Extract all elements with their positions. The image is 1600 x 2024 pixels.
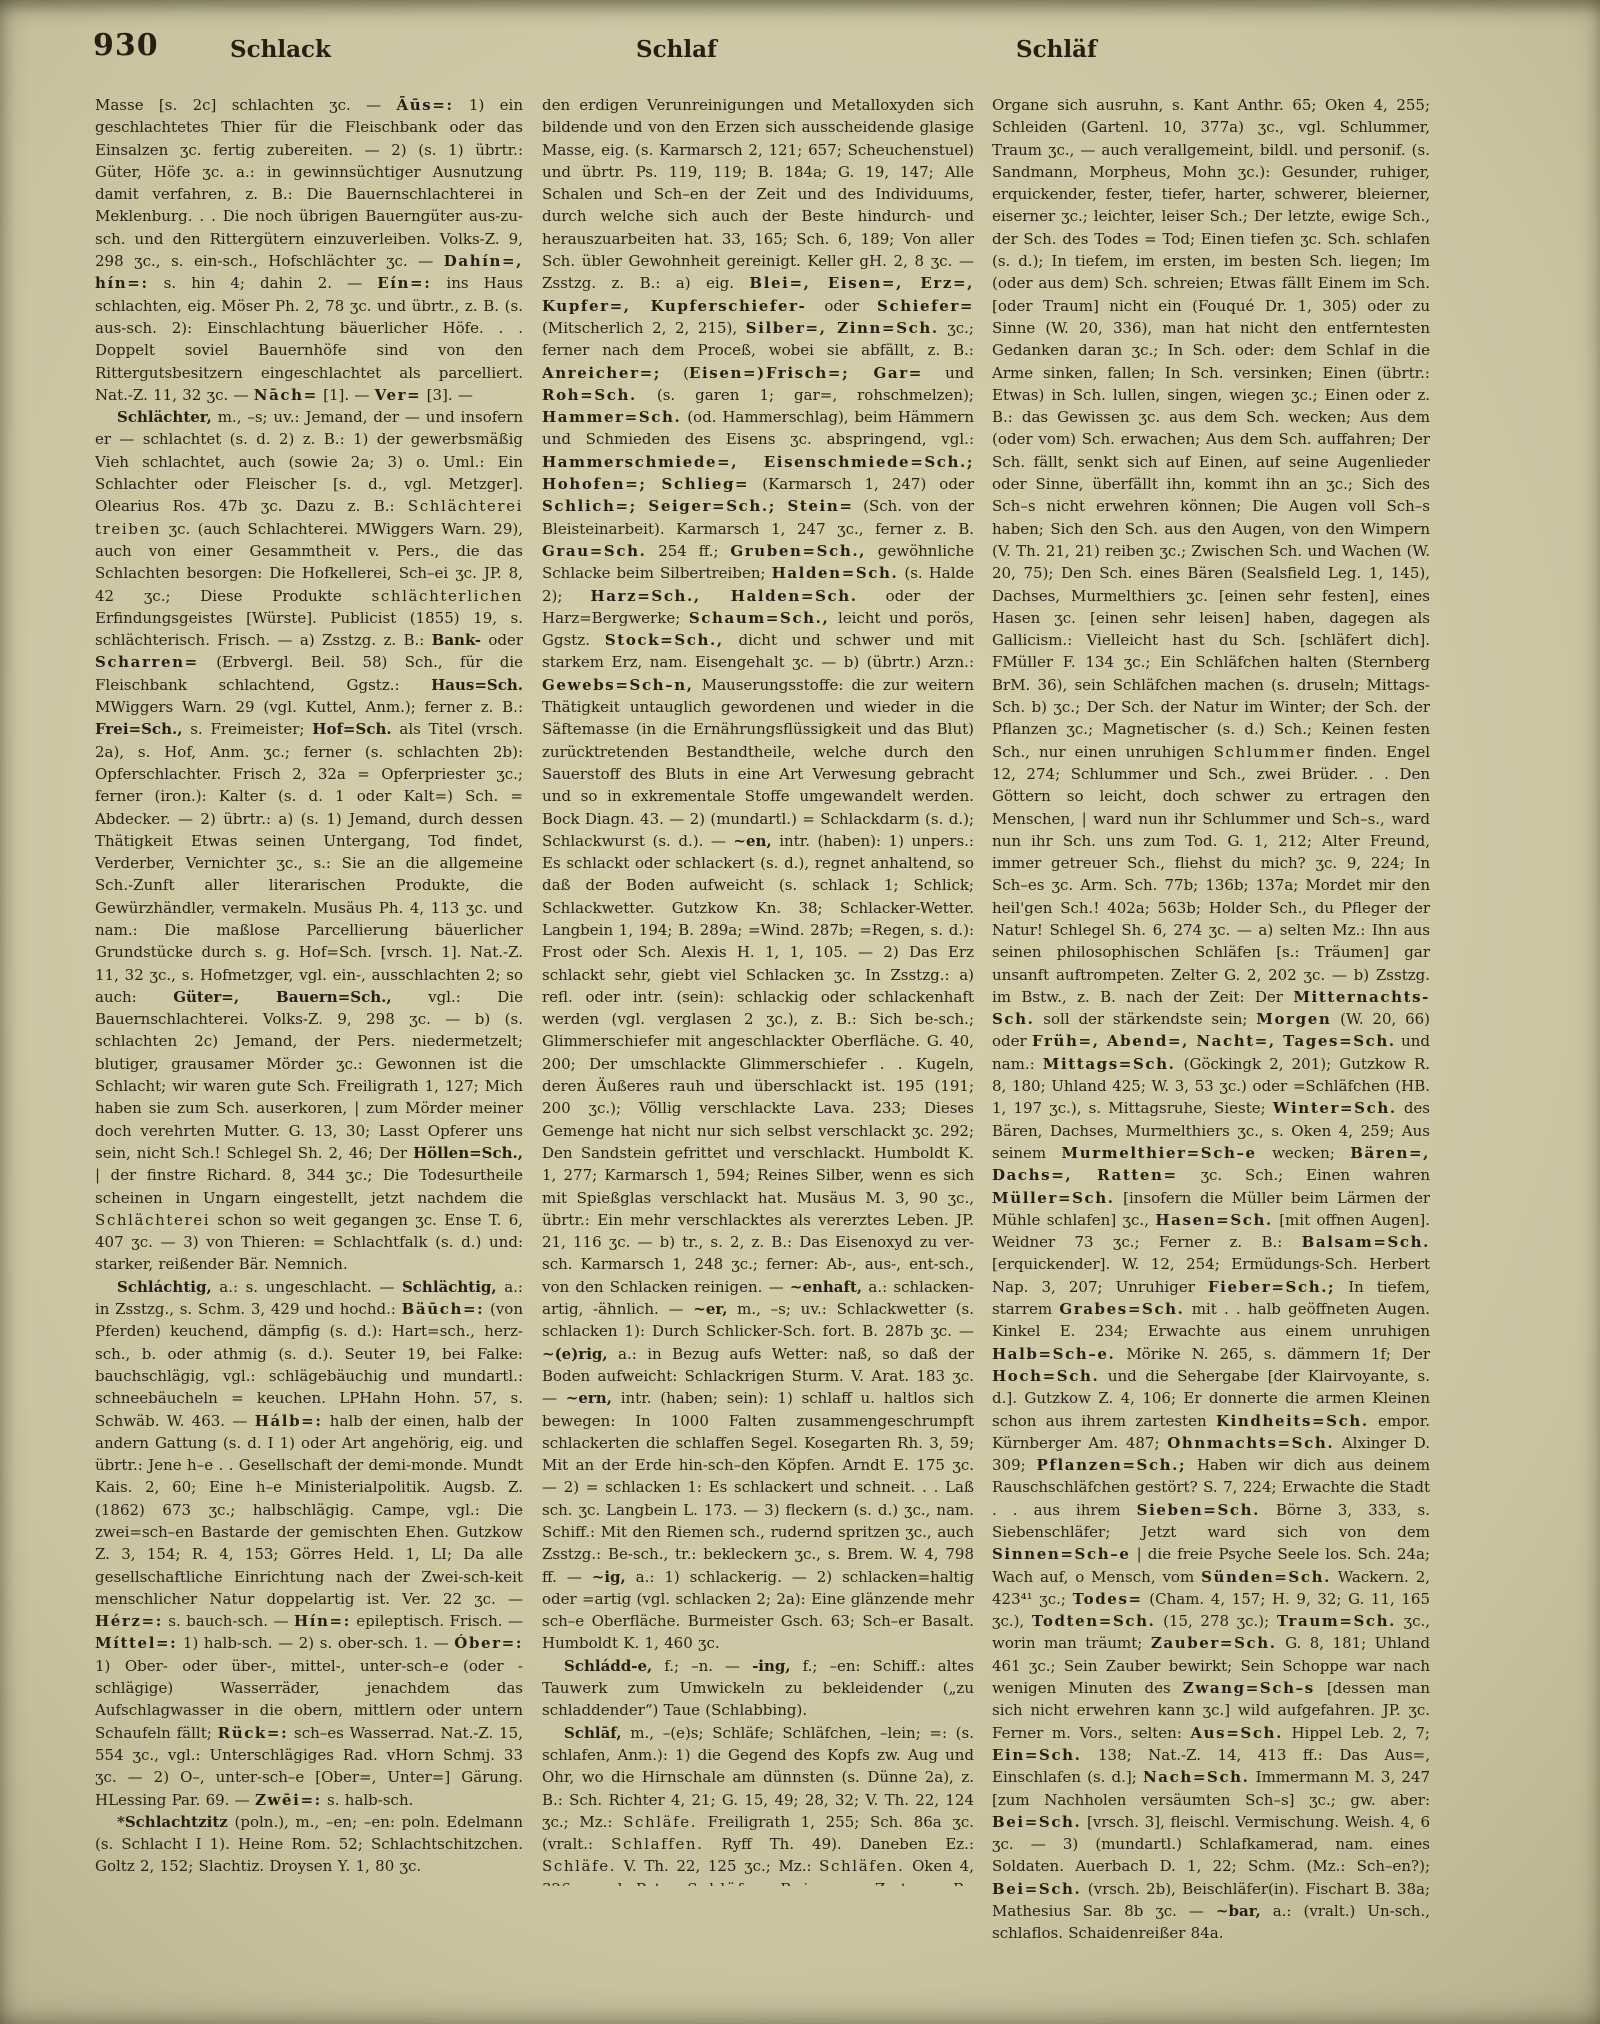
entry-text: (von Pferden) keuchend, dämpfig (s. d.):… xyxy=(95,1300,523,1429)
entry-headword: Zwēi=: xyxy=(255,1791,322,1809)
dictionary-paragraph: Schládd-e, f.; –n. — -ing, f.; –en: Schi… xyxy=(542,1655,974,1722)
entry-text: [3]. — xyxy=(421,386,473,404)
entry-headword: Hérz=: xyxy=(95,1612,163,1630)
entry-headword: Hálb=: xyxy=(255,1412,323,1430)
entry-text: s. halb-sch. xyxy=(322,1791,414,1809)
entry-headword: Bäūch=: xyxy=(402,1300,485,1318)
entry-headword: Zwang=Sch–s xyxy=(1183,1679,1315,1697)
entry-headword: Morgen xyxy=(1256,1010,1331,1028)
entry-headword: Bei=Sch. xyxy=(992,1880,1081,1898)
entry-text: Masse [s. 2c] schlachten ʒc. — xyxy=(95,96,396,114)
entry-text: V. Th. 22, 125 ʒc.; Mz.: xyxy=(616,1857,819,1875)
entry-headword: Bank- xyxy=(432,631,481,649)
entry-headword: Früh=, Abend=, Nacht=, Tages=Sch. xyxy=(1032,1032,1396,1050)
running-head-column-2: Schlaf xyxy=(636,36,717,63)
entry-headword: Murmelthier=Sch–e xyxy=(1062,1144,1257,1162)
entry-headword: ~bar, xyxy=(1216,1902,1261,1920)
entry-text: intr. (haben; sein): 1) schlaff u. haltl… xyxy=(542,1389,974,1585)
entry-headword: Pflanzen=Sch.; xyxy=(1037,1456,1187,1474)
entry-headword: Hammer=Sch. xyxy=(542,408,681,426)
entry-headword: Güter=, Bauern=Sch., xyxy=(173,988,391,1006)
entry-headword: Ver= xyxy=(375,386,422,404)
entry-headword: ~enhaft, xyxy=(790,1278,862,1296)
dictionary-paragraph: Organe sich ausruhn, s. Kant Anthr. 65; … xyxy=(992,94,1430,1944)
entry-text: [1]. — xyxy=(318,386,375,404)
entry-text: s. bauch-sch. — xyxy=(163,1612,294,1630)
entry-text: s. hin 4; dahin 2. — xyxy=(149,274,378,292)
entry-headword: Nāch= xyxy=(254,386,318,404)
entry-headword: Silber=, Zinn=Sch. xyxy=(746,319,939,337)
entry-headword: Schlächtig, xyxy=(402,1278,497,1296)
dictionary-paragraph: Masse [s. 2c] schlachten ʒc. — Āūs=: 1) … xyxy=(95,94,523,406)
entry-text: soll der stärkendste sein; xyxy=(1035,1010,1257,1028)
entry-headword: Stock=Sch., xyxy=(605,631,724,649)
running-head-column-3: Schläf xyxy=(1016,36,1097,63)
entry-headword: Ohnmachts=Sch. xyxy=(1167,1434,1334,1452)
entry-headword: Schlich=; Seiger=Sch.; Stein= xyxy=(542,497,854,515)
entry-text: Schläfe. xyxy=(542,1857,616,1875)
entry-text: den erdigen Verunreinigungen und Metallo… xyxy=(542,96,974,292)
entry-headword: Todten=Sch. xyxy=(1032,1612,1156,1630)
entry-headword: Schlächter, xyxy=(117,408,212,426)
entry-headword: Roh=Sch. xyxy=(542,386,637,404)
entry-headword: Halb=Sch–e. xyxy=(992,1345,1115,1363)
entry-text: als Titel (vrsch. 2a), s. Hof, Anm. ʒc.;… xyxy=(95,720,523,1006)
entry-headword: Āūs=: xyxy=(396,96,453,114)
entry-text: Schläfen=Bein xyxy=(687,1880,821,1886)
entry-headword: Scharren= xyxy=(95,653,199,671)
entry-text: 1) ein geschlachtetes Thier für die Flei… xyxy=(95,96,523,270)
entry-text: finden. Engel 12, 274; Schlummer und Sch… xyxy=(992,743,1430,1006)
entry-headword: Schaum=Sch., xyxy=(689,609,829,627)
entry-text: intr. (haben): 1) unpers.: Es schlackt o… xyxy=(542,832,974,1296)
entry-headword: Harz=Sch., Halden=Sch. xyxy=(591,587,858,605)
running-head-column-1: Schlack xyxy=(230,36,331,63)
entry-headword: Schlāf, xyxy=(564,1724,622,1742)
entry-text: Hippel Leb. 2, 7; xyxy=(1283,1724,1430,1742)
entry-text: Mauserungsstoffe: die zur weitern Thätig… xyxy=(542,676,974,850)
entry-headword: Míttel=: xyxy=(95,1634,177,1652)
entry-text: ins Haus schlachten, eig. Möser Ph. 2, 7… xyxy=(95,274,523,403)
entry-text: | der finstre Richard. 8, 344 ʒc.; Die T… xyxy=(95,1166,523,1206)
entry-headword: Schiefer= xyxy=(877,297,974,315)
entry-headword: Traum=Sch. xyxy=(1277,1612,1396,1630)
page-number: 930 xyxy=(93,28,159,63)
entry-text: Schlächterei xyxy=(95,1211,210,1229)
entry-text: Schläfen. xyxy=(819,1857,904,1875)
entry-headword: Gewebs=Sch–n, xyxy=(542,676,694,694)
entry-text: a.: s. ungeschlacht. — xyxy=(212,1278,402,1296)
entry-headword: Kindheits=Sch. xyxy=(1216,1412,1369,1430)
entry-text: MWiggers Warn. 29 (vgl. Kuttel, Anm.); f… xyxy=(95,698,523,716)
entry-headword: Nach=Sch. xyxy=(1143,1768,1250,1786)
entry-headword: Schláchtig, xyxy=(117,1278,212,1296)
entry-text: Schläfe. xyxy=(623,1813,697,1831)
entry-headword: Mittags=Sch. xyxy=(1043,1055,1176,1073)
entry-text: und xyxy=(923,364,974,382)
entry-headword: Hín=: xyxy=(294,1612,351,1630)
entry-headword: ~ig, xyxy=(592,1568,626,1586)
entry-text: halb der einen, halb der andern Gattung … xyxy=(95,1412,523,1608)
text-column-3: Organe sich ausruhn, s. Kant Anthr. 65; … xyxy=(992,94,1430,1944)
entry-headword: Óber=: xyxy=(454,1634,523,1652)
entry-text: schlächterlichen xyxy=(372,587,523,605)
entry-text: oder xyxy=(481,631,523,649)
scanned-dictionary-page: 930 Schlack Schlaf Schläf Masse [s. 2c] … xyxy=(0,0,1600,2024)
entry-text: oder xyxy=(806,297,877,315)
dictionary-paragraph: *Schlachtzitz (poln.), m., –en; –en: pol… xyxy=(95,1811,523,1876)
entry-text: 254 ff.; xyxy=(646,542,730,560)
entry-text: f.; –n. — xyxy=(652,1657,752,1675)
entry-text: Schlummer xyxy=(1214,743,1316,761)
entry-headword: ~en, xyxy=(733,832,771,850)
entry-headword: Eisen=)Frisch=; Gar= xyxy=(689,364,923,382)
entry-headword: Fieber=Sch.; xyxy=(1208,1278,1335,1296)
entry-text: (s. garen 1; gar=, rohschmelzen); xyxy=(637,386,974,404)
entry-headword: Hasen=Sch. xyxy=(1155,1211,1272,1229)
entry-headword: Todes= xyxy=(1073,1590,1143,1608)
entry-headword: Grau=Sch. xyxy=(542,542,646,560)
text-column-1: Masse [s. 2c] schlachten ʒc. — Āūs=: 1) … xyxy=(95,94,523,1876)
entry-headword: Frei=Sch., xyxy=(95,720,182,738)
entry-headword: Haus=Sch. xyxy=(431,676,523,694)
entry-text: ʒc. Sch.; Einen wahren xyxy=(1178,1166,1430,1184)
entry-headword: Schládd-e, xyxy=(564,1657,652,1675)
entry-headword: ~ern, xyxy=(566,1389,612,1407)
entry-headword: Rück=: xyxy=(218,1724,289,1742)
entry-text: Ryff Th. 49). Daneben Ez.: xyxy=(704,1835,974,1853)
entry-text: Mörike N. 265, s. dämmern 1f; Der xyxy=(1115,1345,1430,1363)
entry-text: wecken; xyxy=(1257,1144,1351,1162)
entry-text: (15, 278 ʒc.); xyxy=(1155,1612,1276,1630)
entry-headword: ~er, xyxy=(693,1300,727,1318)
entry-text: Schlaffen. xyxy=(611,1835,704,1853)
entry-headword: Ein=Sch. xyxy=(992,1746,1082,1764)
entry-headword: Balsam=Sch. xyxy=(1302,1233,1430,1251)
entry-headword: Bei=Sch. xyxy=(992,1813,1081,1831)
entry-headword: -ing, xyxy=(752,1657,791,1675)
entry-headword: Halden=Sch. xyxy=(772,564,899,582)
dictionary-paragraph: Schlächter, m., –s; uv.: Jemand, der — u… xyxy=(95,406,523,1276)
entry-text: s. Freimeister; xyxy=(182,720,312,738)
entry-headword: Gruben=Sch., xyxy=(730,542,866,560)
entry-headword: Müller=Sch. xyxy=(992,1189,1115,1207)
dictionary-paragraph: den erdigen Verunreinigungen und Metallo… xyxy=(542,94,974,1655)
entry-text: Organe sich ausruhn, s. Kant Anthr. 65; … xyxy=(992,96,1430,761)
entry-headword: Hof=Sch. xyxy=(312,720,391,738)
entry-headword: Sinnen=Sch–e xyxy=(992,1545,1130,1563)
entry-headword: Aus=Sch. xyxy=(1190,1724,1282,1742)
entry-text: (Mitscherlich 2, 2, 215), xyxy=(542,319,746,337)
entry-headword: ~(e)rig, xyxy=(542,1345,608,1363)
entry-headword: Höllen=Sch., xyxy=(413,1144,523,1162)
dictionary-paragraph: Schlāf, m., –(e)s; Schläfe; Schläfchen, … xyxy=(542,1722,974,1886)
entry-headword: Zauber=Sch. xyxy=(1151,1634,1277,1652)
entry-text: epileptisch. Frisch. — xyxy=(351,1612,523,1630)
entry-headword: Eín=: xyxy=(377,274,431,292)
entry-text: vgl.: Die Bauernschlachterei. Volks-Z. 9… xyxy=(95,988,523,1162)
entry-headword: Sünden=Sch. xyxy=(1201,1568,1331,1586)
entry-headword: *Schlachtzitz xyxy=(117,1813,228,1831)
entry-headword: Anreicher=; xyxy=(542,364,661,382)
dictionary-paragraph: Schláchtig, a.: s. ungeschlacht. — Schlä… xyxy=(95,1276,523,1811)
entry-headword: Grabes=Sch. xyxy=(1059,1300,1184,1318)
entry-text: ( xyxy=(661,364,689,382)
entry-headword: Sieben=Sch. xyxy=(1137,1501,1260,1519)
entry-headword: Winter=Sch. xyxy=(1273,1099,1397,1117)
text-column-2: den erdigen Verunreinigungen und Metallo… xyxy=(542,94,974,1886)
entry-text: (Karmarsch 1, 247) oder xyxy=(749,475,974,493)
entry-text: 1) halb-sch. — 2) s. ober-sch. 1. — xyxy=(177,1634,454,1652)
entry-headword: Hoch=Sch. xyxy=(992,1367,1099,1385)
